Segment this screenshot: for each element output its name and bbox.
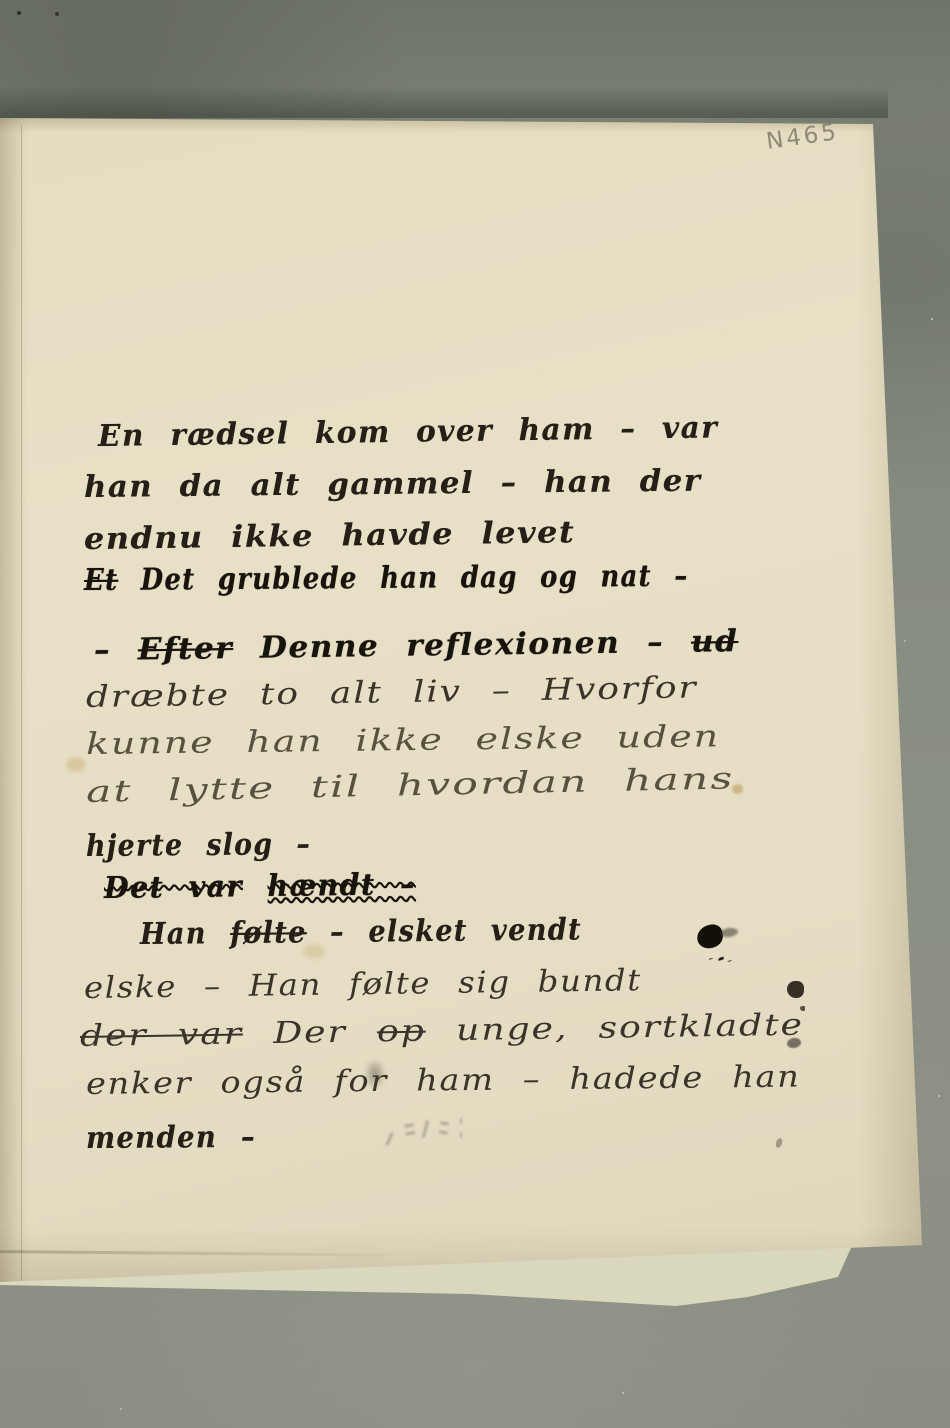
manuscript-line: dræbte to alt liv – Hvorfor (86, 671, 698, 715)
manuscript-line: kunne han ikke elske uden (86, 720, 720, 762)
manuscript-line: menden – (86, 1121, 256, 1156)
struck-text: følte (230, 915, 307, 951)
handwritten-text: at lytte til hvordan hans (86, 761, 735, 810)
handwritten-text: Denne reflexionen – (233, 625, 691, 666)
handwritten-text: kunne han ikke elske uden (86, 719, 720, 762)
handwritten-text: menden – (86, 1120, 256, 1156)
handwritten-text: Han (140, 916, 231, 952)
struck-text: der var (80, 1016, 243, 1054)
handwritten-text: – elsket vendt (307, 912, 583, 950)
manuscript-line: der var Der op unge, sortkladte (80, 1009, 804, 1054)
handwritten-text: unge, sortkladte (425, 1008, 804, 1049)
handwritten-text: elske – Han følte sig bundt (84, 963, 642, 1006)
struck-text: Et (84, 563, 119, 598)
manuscript-line: Et Det grublede han dag og nat – (84, 560, 689, 598)
manuscript-line: En rædsel kom over ham – var (98, 411, 719, 454)
manuscript-line: hjerte slog – (86, 828, 311, 864)
handwritten-text: han da alt gammel – han der (84, 464, 702, 505)
handwritten-text: hjerte slog – (86, 827, 311, 864)
handwritten-text: endnu ikke havde levet (84, 515, 576, 557)
handwritten-text: – (94, 632, 138, 668)
manuscript-line: han da alt gammel – han der (84, 465, 702, 505)
handwritten-text: En rædsel kom over ham – var (98, 410, 719, 454)
manuscript-line: enker også for ham – hadede han (86, 1061, 801, 1102)
manuscript-line: at lytte til hvordan hans (86, 762, 735, 810)
manuscript-line: Han følte – elsket vendt (140, 913, 582, 952)
photograph-of-manuscript: N465 En rædsel kom over ham – varhan da … (0, 0, 950, 1428)
handwritten-text: enker også for ham – hadede han (86, 1060, 801, 1102)
handwritten-text-block: En rædsel kom over ham – varhan da alt g… (0, 0, 950, 1428)
mat-speckles (931, 318, 933, 320)
struck-text: Efter (138, 631, 234, 667)
struck-text: ud (691, 624, 739, 660)
manuscript-line: – Efter Denne reflexionen – ud (94, 625, 739, 668)
struck-text: op (377, 1014, 426, 1050)
manuscript-sheet: N465 En rædsel kom over ham – varhan da … (0, 0, 950, 1428)
handwritten-text (243, 869, 268, 904)
struck-text: hændt – (267, 867, 416, 904)
struck-text: Det var (104, 869, 243, 906)
handwritten-text: Det grublede han dag og nat – (118, 559, 688, 598)
manuscript-line: Det var hændt – (104, 868, 416, 906)
handwritten-text: dræbte to alt liv – Hvorfor (86, 670, 698, 715)
handwritten-text: Der (243, 1014, 378, 1051)
mat-shadow (0, 86, 888, 118)
manuscript-line: endnu ikke havde levet (84, 516, 576, 557)
manuscript-line: elske – Han følte sig bundt (84, 964, 642, 1006)
